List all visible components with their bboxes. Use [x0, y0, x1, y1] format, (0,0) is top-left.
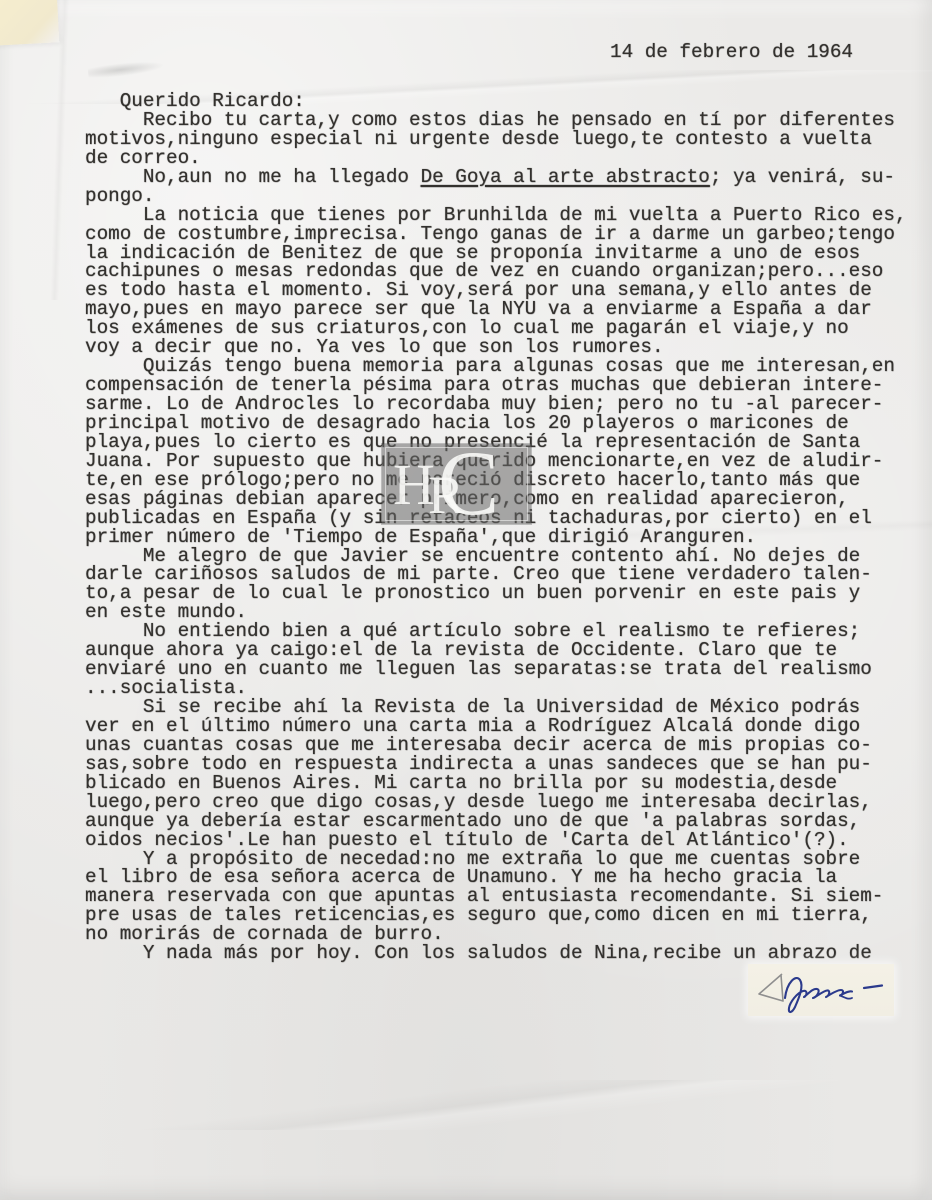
letter-line: luego,pero creo que digo cosas,y desde l…	[85, 793, 915, 812]
letter-body: Querido Ricardo: Recibo tu carta,y como …	[85, 92, 915, 963]
signature-patch: Ayala -	[748, 964, 894, 1016]
letter-line: unas cuantas cosas que me interesaba dec…	[85, 736, 915, 755]
letter-line: oidos necios'.Le han puesto el título de…	[85, 831, 915, 850]
letter-line: primer número de 'Tiempo de España',que …	[85, 528, 915, 547]
scan-corner-artifact	[0, 0, 59, 46]
letter-line: blicado en Buenos Aires. Mi carta no bri…	[85, 774, 915, 793]
handwritten-signature-icon	[748, 964, 894, 1016]
letter-line: aunque ya debería estar escarmentado uno…	[85, 812, 915, 831]
watermark-letter: R	[428, 468, 464, 522]
letter-page: 14 de febrero de 1964 Querido Ricardo: R…	[0, 0, 932, 1200]
letter-line: sas,sobre todo en respuesta indirecta a …	[85, 755, 915, 774]
paper-crease	[0, 1080, 932, 1130]
watermark-letter: C	[438, 437, 499, 529]
letter-line: motivos,ninguno especial ni urgente desd…	[85, 130, 915, 149]
letter-line: Y nada más por hoy. Con los saludos de N…	[85, 944, 915, 963]
letter-line: La noticia que tienes por Brunhilda de m…	[85, 206, 915, 225]
watermark-letter: H	[393, 456, 435, 514]
underlined-book-title: De Goya al arte abstracto	[421, 166, 710, 188]
line-segment: ; ya venirá, su-	[710, 166, 895, 188]
letter-line: pongo.	[85, 187, 915, 206]
pencil-smudge	[87, 58, 168, 80]
hrc-watermark-stamp: CHR	[382, 444, 531, 524]
paper-crease	[46, 0, 72, 300]
letter-date: 14 de febrero de 1964	[610, 42, 853, 62]
letter-line: como de costumbre,imprecisa. Tengo ganas…	[85, 225, 915, 244]
letter-line: No,aun no me ha llegado De Goya al arte …	[85, 168, 915, 187]
